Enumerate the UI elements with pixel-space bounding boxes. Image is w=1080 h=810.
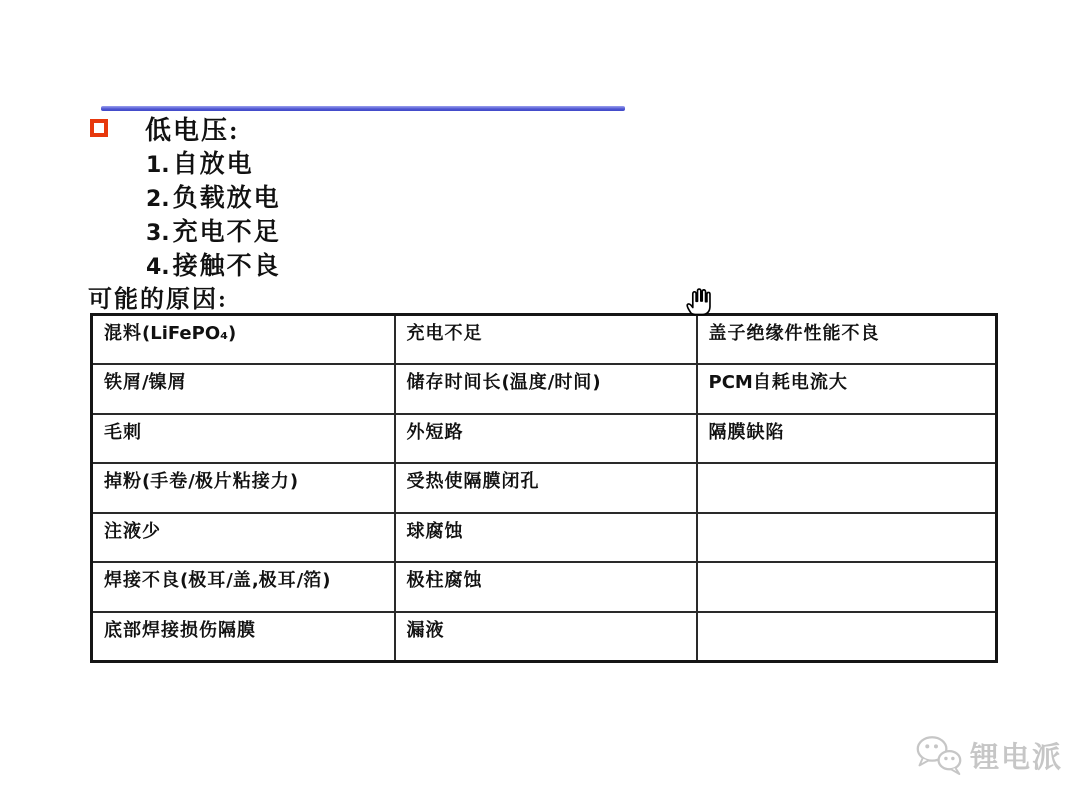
- table-row: 注液少球腐蚀: [92, 513, 997, 563]
- table-cell: [697, 612, 997, 662]
- latin-text: (: [142, 471, 150, 492]
- list-item: 3.充电不足: [146, 212, 281, 246]
- slide-title: 低电压:: [145, 110, 240, 147]
- slide-canvas: 低电压: 1.自放电2.负载放电3.充电不足4.接触不良 可能的原因: 混料(L…: [0, 0, 1080, 810]
- list-item-number: 3.: [146, 221, 170, 246]
- table-cell: [697, 562, 997, 612]
- list-item-label: 充电不足: [173, 212, 281, 248]
- table-cell: 底部焊接损伤隔膜: [92, 612, 395, 662]
- latin-text: ): [290, 471, 298, 492]
- latin-text: ): [322, 570, 330, 591]
- table-cell: PCM自耗电流大: [697, 364, 997, 414]
- list-item-label: 自放电: [173, 144, 254, 180]
- list-item: 1.自放电: [146, 144, 281, 178]
- table-cell: 受热使隔膜闭孔: [395, 463, 697, 513]
- causes-table-body: 混料(LiFePO₄)充电不足盖子绝缘件性能不良铁屑/镍屑储存时间长(温度/时间…: [92, 315, 997, 662]
- latin-text: /: [297, 570, 304, 591]
- brand-name: 锂电派: [970, 735, 1063, 776]
- table-cell: 焊接不良(极耳/盖,极耳/箔): [92, 562, 395, 612]
- table-cell: 掉粉(手卷/极片粘接力): [92, 463, 395, 513]
- list-item-label: 负载放电: [173, 178, 281, 214]
- table-cell: 混料(LiFePO₄): [92, 315, 395, 365]
- list-item-label: 接触不良: [173, 246, 281, 282]
- latin-text: ,: [252, 570, 259, 591]
- table-cell: 盖子绝缘件性能不良: [697, 315, 997, 365]
- latin-text: /: [548, 372, 555, 393]
- red-square-bullet-icon: [90, 119, 108, 137]
- chat-bubbles-icon: [913, 733, 965, 777]
- list-item-number: 2.: [146, 187, 170, 212]
- table-cell: 铁屑/镍屑: [92, 364, 395, 414]
- table-cell: [697, 513, 997, 563]
- causes-table: 混料(LiFePO₄)充电不足盖子绝缘件性能不良铁屑/镍屑储存时间长(温度/时间…: [90, 313, 998, 663]
- low-voltage-list: 1.自放电2.负载放电3.充电不足4.接触不良: [146, 144, 281, 280]
- table-row: 混料(LiFePO₄)充电不足盖子绝缘件性能不良: [92, 315, 997, 365]
- latin-text: (: [502, 372, 510, 393]
- table-row: 铁屑/镍屑储存时间长(温度/时间)PCM自耗电流大: [92, 364, 997, 414]
- table-cell: 球腐蚀: [395, 513, 697, 563]
- table-cell: 毛刺: [92, 414, 395, 464]
- causes-label: 可能的原因:: [88, 279, 228, 314]
- table-cell: 外短路: [395, 414, 697, 464]
- table-cell: 极柱腐蚀: [395, 562, 697, 612]
- table-row: 掉粉(手卷/极片粘接力)受热使隔膜闭孔: [92, 463, 997, 513]
- latin-text: (LiFePO₄): [142, 323, 236, 344]
- table-cell: [697, 463, 997, 513]
- list-item: 2.负载放电: [146, 178, 281, 212]
- latin-text: /: [142, 372, 149, 393]
- table-row: 焊接不良(极耳/盖,极耳/箔)极柱腐蚀: [92, 562, 997, 612]
- table-cell: 充电不足: [395, 315, 697, 365]
- latin-text: PCM: [709, 372, 753, 393]
- table-cell: 漏液: [395, 612, 697, 662]
- table-cell: 储存时间长(温度/时间): [395, 364, 697, 414]
- latin-text: /: [226, 570, 233, 591]
- list-item: 4.接触不良: [146, 246, 281, 280]
- brand-watermark: 锂电派: [913, 733, 1063, 777]
- table-cell: 隔膜缺陷: [697, 414, 997, 464]
- latin-text: ): [592, 372, 600, 393]
- hand-grab-cursor-icon: [680, 284, 720, 320]
- list-item-number: 4.: [146, 255, 170, 280]
- latin-text: /: [188, 471, 195, 492]
- latin-text: (: [180, 570, 188, 591]
- table-cell: 注液少: [92, 513, 395, 563]
- table-row: 毛刺外短路隔膜缺陷: [92, 414, 997, 464]
- list-item-number: 1.: [146, 153, 170, 178]
- table-row: 底部焊接损伤隔膜漏液: [92, 612, 997, 662]
